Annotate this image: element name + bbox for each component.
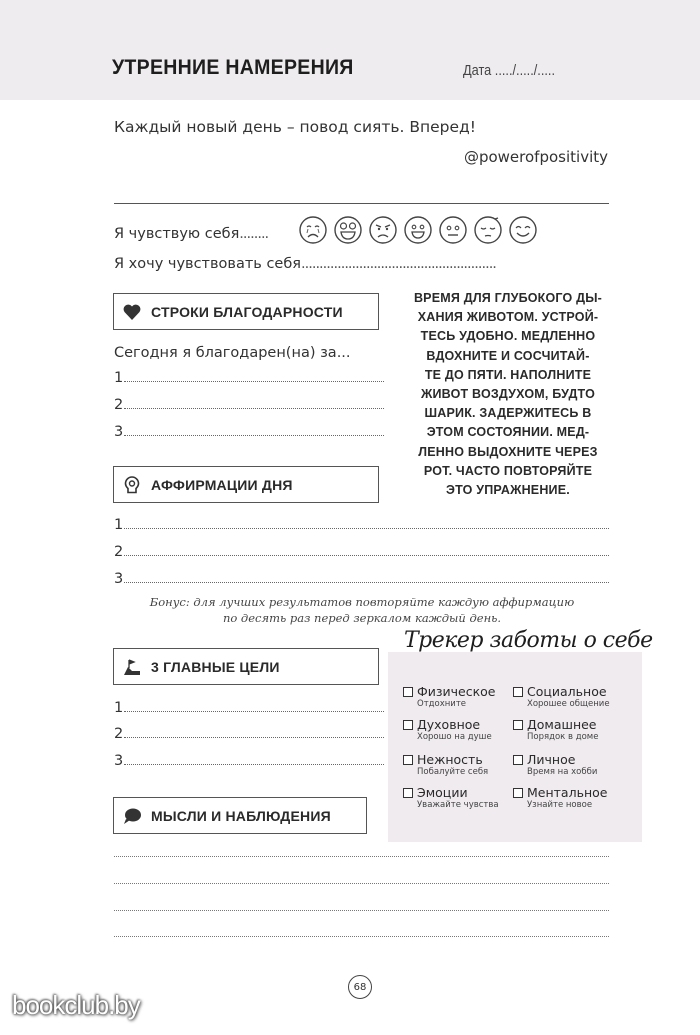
tracker-item-tenderness[interactable]: Нежность Побалуйте себя — [403, 752, 488, 777]
date-field: Дата ...../...../..... — [463, 62, 555, 79]
checkbox[interactable] — [403, 687, 413, 697]
feel-want-label: Я хочу чувствовать себя — [114, 256, 301, 272]
tracker-item-emotions[interactable]: Эмоции Уважайте чувства — [403, 785, 499, 810]
neutral-face-icon[interactable] — [438, 215, 468, 245]
affirmation-line-1[interactable]: 1 — [114, 517, 609, 533]
crying-face-icon[interactable] — [298, 215, 328, 245]
speech-bubble-icon — [122, 806, 142, 826]
affirmations-bonus-note: Бонус: для лучших результатов повторяйте… — [120, 594, 604, 626]
tracker-item-spiritual[interactable]: Духовное Хорошо на душе — [403, 717, 492, 742]
goal-line-2[interactable]: 2 — [114, 726, 384, 742]
goals-title: 3 ГЛАВНЫЕ ЦЕЛИ — [151, 659, 280, 675]
thoughts-line-3[interactable] — [114, 910, 609, 911]
thoughts-section-header: МЫСЛИ И НАБЛЮДЕНИЯ — [113, 797, 367, 834]
checkbox[interactable] — [403, 755, 413, 765]
thoughts-title: МЫСЛИ И НАБЛЮДЕНИЯ — [151, 808, 331, 824]
laughing-face-icon[interactable] — [333, 215, 363, 245]
divider — [114, 203, 609, 204]
breathing-tip: ВРЕМЯ ДЛЯ ГЛУБОКОГО ДЫ-ХАНИЯ ЖИВОТОМ. УС… — [396, 289, 620, 500]
gratitude-line-3[interactable]: 3 — [114, 424, 384, 440]
gratitude-line-2[interactable]: 2 — [114, 397, 384, 413]
affirmations-title: АФФИРМАЦИИ ДНЯ — [151, 477, 293, 493]
quote-author: @powerofpositivity — [464, 148, 608, 166]
gratitude-line-1[interactable]: 1 — [114, 370, 384, 386]
checkbox[interactable] — [513, 788, 523, 798]
feel-now-dots: ........ — [239, 226, 268, 242]
goals-section-header: 3 ГЛАВНЫЕ ЦЕЛИ — [113, 648, 379, 685]
tracker-item-social[interactable]: Социальное Хорошее общение — [513, 684, 610, 709]
header-band — [0, 0, 700, 100]
feel-now-row: Я чувствую себя........ — [114, 226, 268, 242]
goal-line-3[interactable]: 3 — [114, 753, 384, 769]
tracker-item-physical[interactable]: Физическое Отдохните — [403, 684, 496, 709]
affirmation-line-3[interactable]: 3 — [114, 571, 609, 587]
affirmations-section-header: АФФИРМАЦИИ ДНЯ — [113, 466, 379, 503]
gratitude-section-header: СТРОКИ БЛАГОДАРНОСТИ — [113, 293, 379, 330]
affirmation-line-2[interactable]: 2 — [114, 544, 609, 560]
thoughts-line-1[interactable] — [114, 856, 609, 857]
thoughts-line-4[interactable] — [114, 936, 609, 937]
feel-want-row: Я хочу чувствовать себя.................… — [114, 256, 496, 272]
gratitude-title: СТРОКИ БЛАГОДАРНОСТИ — [151, 304, 343, 320]
quote-text: Каждый новый день – повод сиять. Вперед! — [114, 118, 476, 136]
tracker-item-home[interactable]: Домашнее Порядок в доме — [513, 717, 598, 742]
angry-face-icon[interactable] — [368, 215, 398, 245]
head-lightbulb-icon — [122, 475, 142, 495]
checkbox[interactable] — [513, 755, 523, 765]
climber-flag-icon — [122, 657, 142, 677]
checkbox[interactable] — [513, 720, 523, 730]
tracker-item-mental[interactable]: Ментальное Узнайте новое — [513, 785, 607, 810]
goal-line-1[interactable]: 1 — [114, 700, 384, 716]
sleepy-face-icon[interactable] — [473, 215, 503, 245]
tracker-item-personal[interactable]: Личное Время на хобби — [513, 752, 597, 777]
page-number: 68 — [348, 975, 372, 999]
gratitude-prompt: Сегодня я благодарен(на) за... — [114, 345, 351, 361]
thoughts-line-2[interactable] — [114, 883, 609, 884]
checkbox[interactable] — [403, 720, 413, 730]
tracker-title: Трекер заботы о себе — [404, 628, 653, 653]
feel-want-dots[interactable]: ........................................… — [301, 256, 496, 272]
mood-emojis — [298, 215, 538, 245]
watermark: bookclub.by — [12, 990, 140, 1021]
feel-now-label: Я чувствую себя — [114, 226, 239, 242]
checkbox[interactable] — [403, 788, 413, 798]
smiling-face-icon[interactable] — [508, 215, 538, 245]
self-care-tracker — [388, 652, 642, 842]
checkbox[interactable] — [513, 687, 523, 697]
heart-icon — [122, 302, 142, 322]
page-title: УТРЕННИЕ НАМЕРЕНИЯ — [112, 56, 354, 80]
grinning-face-icon[interactable] — [403, 215, 433, 245]
